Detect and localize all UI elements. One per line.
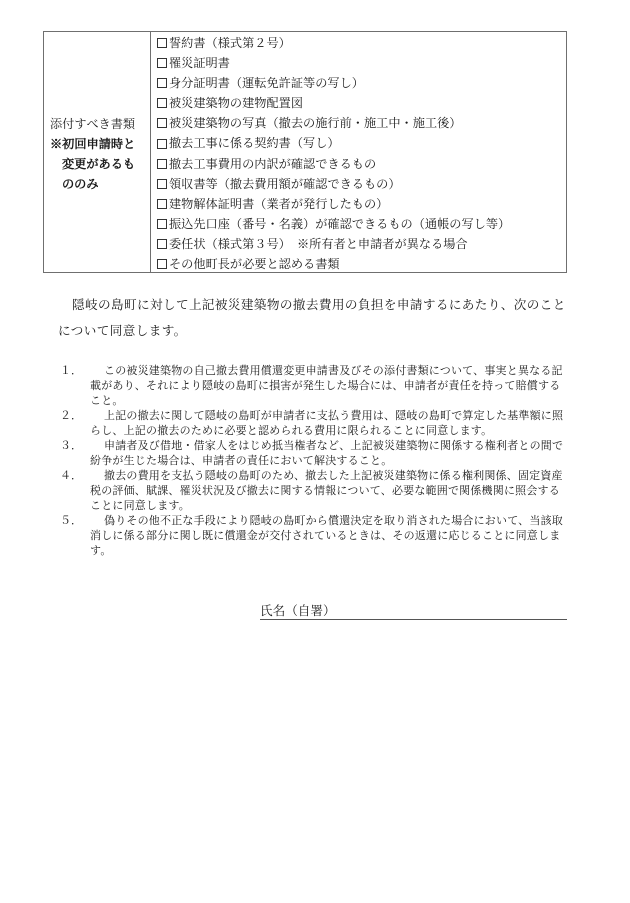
checkbox[interactable] <box>157 98 167 108</box>
term-text: 撤去の費用を支払う隠岐の島町のため、撤去した上記被災建築物に係る権利関係、固定資… <box>90 468 570 513</box>
checklist-item-label: 被災建築物の建物配置図 <box>169 93 303 113</box>
consent-intro: 隠岐の島町に対して上記被災建築物の撤去費用の負担を申請するにあたり、次のことにつ… <box>58 292 570 344</box>
checklist-item: 身分証明書（運転免許証等の写し） <box>157 73 566 93</box>
checklist-item-label: 誓約書（様式第２号） <box>169 33 291 53</box>
checklist-item-label: 委任状（様式第３号） ※所有者と申請者が異なる場合 <box>169 234 468 254</box>
checkbox[interactable] <box>157 219 167 229</box>
attachments-table: 添付すべき書類 ※初回申請時と 変更があるも ののみ 誓約書（様式第２号） 罹災… <box>43 31 567 273</box>
checkbox[interactable] <box>157 179 167 189</box>
consent-terms-list: １． この被災建築物の自己撤去費用償還変更申請書及びその添付書類について、事実と… <box>60 363 570 558</box>
checklist-item: 領収書等（撤去費用額が確認できるもの） <box>157 174 566 194</box>
document-page: 添付すべき書類 ※初回申請時と 変更があるも ののみ 誓約書（様式第２号） 罹災… <box>0 0 630 903</box>
term-text: 申請者及び借地・借家人をはじめ抵当権者など、上記被災建築物に関係する権利者との間… <box>90 438 570 468</box>
term-text: 偽りその他不正な手段により隠岐の島町から償還決定を取り消された場合において、当該… <box>90 513 570 558</box>
checkbox[interactable] <box>157 139 167 149</box>
checklist-item-label: その他町長が必要と認める書類 <box>169 254 340 274</box>
attachments-label-line: 添付すべき書類 <box>50 114 150 134</box>
term-number: １． <box>60 363 90 408</box>
checklist-item: 被災建築物の写真（撤去の施行前・施工中・施工後） <box>157 113 566 133</box>
attachments-note-line: 変更があるも <box>50 154 150 174</box>
consent-term: ４． 撤去の費用を支払う隠岐の島町のため、撤去した上記被災建築物に係る権利関係、… <box>60 468 570 513</box>
checklist-item-label: 建物解体証明書（業者が発行したもの） <box>169 194 388 214</box>
checklist-item-label: 身分証明書（運転免許証等の写し） <box>169 73 364 93</box>
checkbox[interactable] <box>157 78 167 88</box>
term-text: この被災建築物の自己撤去費用償還変更申請書及びその添付書類について、事実と異なる… <box>90 363 570 408</box>
checklist-item-label: 撤去工事費用の内訳が確認できるもの <box>169 154 376 174</box>
checklist-item: 誓約書（様式第２号） <box>157 33 566 53</box>
attachments-note-line: ※初回申請時と <box>50 134 150 154</box>
attachments-note-line: ののみ <box>50 174 150 194</box>
checkbox[interactable] <box>157 199 167 209</box>
consent-term: １． この被災建築物の自己撤去費用償還変更申請書及びその添付書類について、事実と… <box>60 363 570 408</box>
checkbox[interactable] <box>157 38 167 48</box>
attachments-label-cell: 添付すべき書類 ※初回申請時と 変更があるも ののみ <box>44 32 151 272</box>
checklist-item-label: 撤去工事に係る契約書（写し） <box>169 133 340 153</box>
checklist-item: 撤去工事に係る契約書（写し） <box>157 133 566 153</box>
checklist-item-label: 被災建築物の写真（撤去の施行前・施工中・施工後） <box>169 113 462 133</box>
attachments-checklist: 誓約書（様式第２号） 罹災証明書 身分証明書（運転免許証等の写し） 被災建築物の… <box>151 32 566 272</box>
signature-field[interactable]: 氏名（自署） <box>260 602 567 620</box>
checklist-item-label: 振込先口座（番号・名義）が確認できるもの（通帳の写し等） <box>169 214 510 234</box>
term-number: ２． <box>60 408 90 438</box>
checkbox[interactable] <box>157 159 167 169</box>
checklist-item-label: 罹災証明書 <box>169 53 230 73</box>
checklist-item: 被災建築物の建物配置図 <box>157 93 566 113</box>
signature-label: 氏名（自署） <box>260 603 336 618</box>
term-number: ４． <box>60 468 90 513</box>
checklist-item: 建物解体証明書（業者が発行したもの） <box>157 194 566 214</box>
checklist-item: 振込先口座（番号・名義）が確認できるもの（通帳の写し等） <box>157 214 566 234</box>
term-text: 上記の撤去に関して隠岐の島町が申請者に支払う費用は、隠岐の島町で算定した基準額に… <box>90 408 570 438</box>
checkbox[interactable] <box>157 259 167 269</box>
checklist-item: 撤去工事費用の内訳が確認できるもの <box>157 154 566 174</box>
term-number: ５． <box>60 513 90 558</box>
checklist-item: その他町長が必要と認める書類 <box>157 254 566 274</box>
checkbox[interactable] <box>157 58 167 68</box>
checklist-item: 罹災証明書 <box>157 53 566 73</box>
consent-term: ３． 申請者及び借地・借家人をはじめ抵当権者など、上記被災建築物に関係する権利者… <box>60 438 570 468</box>
checkbox[interactable] <box>157 239 167 249</box>
consent-term: ５． 偽りその他不正な手段により隠岐の島町から償還決定を取り消された場合において… <box>60 513 570 558</box>
term-number: ３． <box>60 438 90 468</box>
checklist-item-label: 領収書等（撤去費用額が確認できるもの） <box>169 174 401 194</box>
consent-term: ２． 上記の撤去に関して隠岐の島町が申請者に支払う費用は、隠岐の島町で算定した基… <box>60 408 570 438</box>
checkbox[interactable] <box>157 118 167 128</box>
checklist-item: 委任状（様式第３号） ※所有者と申請者が異なる場合 <box>157 234 566 254</box>
